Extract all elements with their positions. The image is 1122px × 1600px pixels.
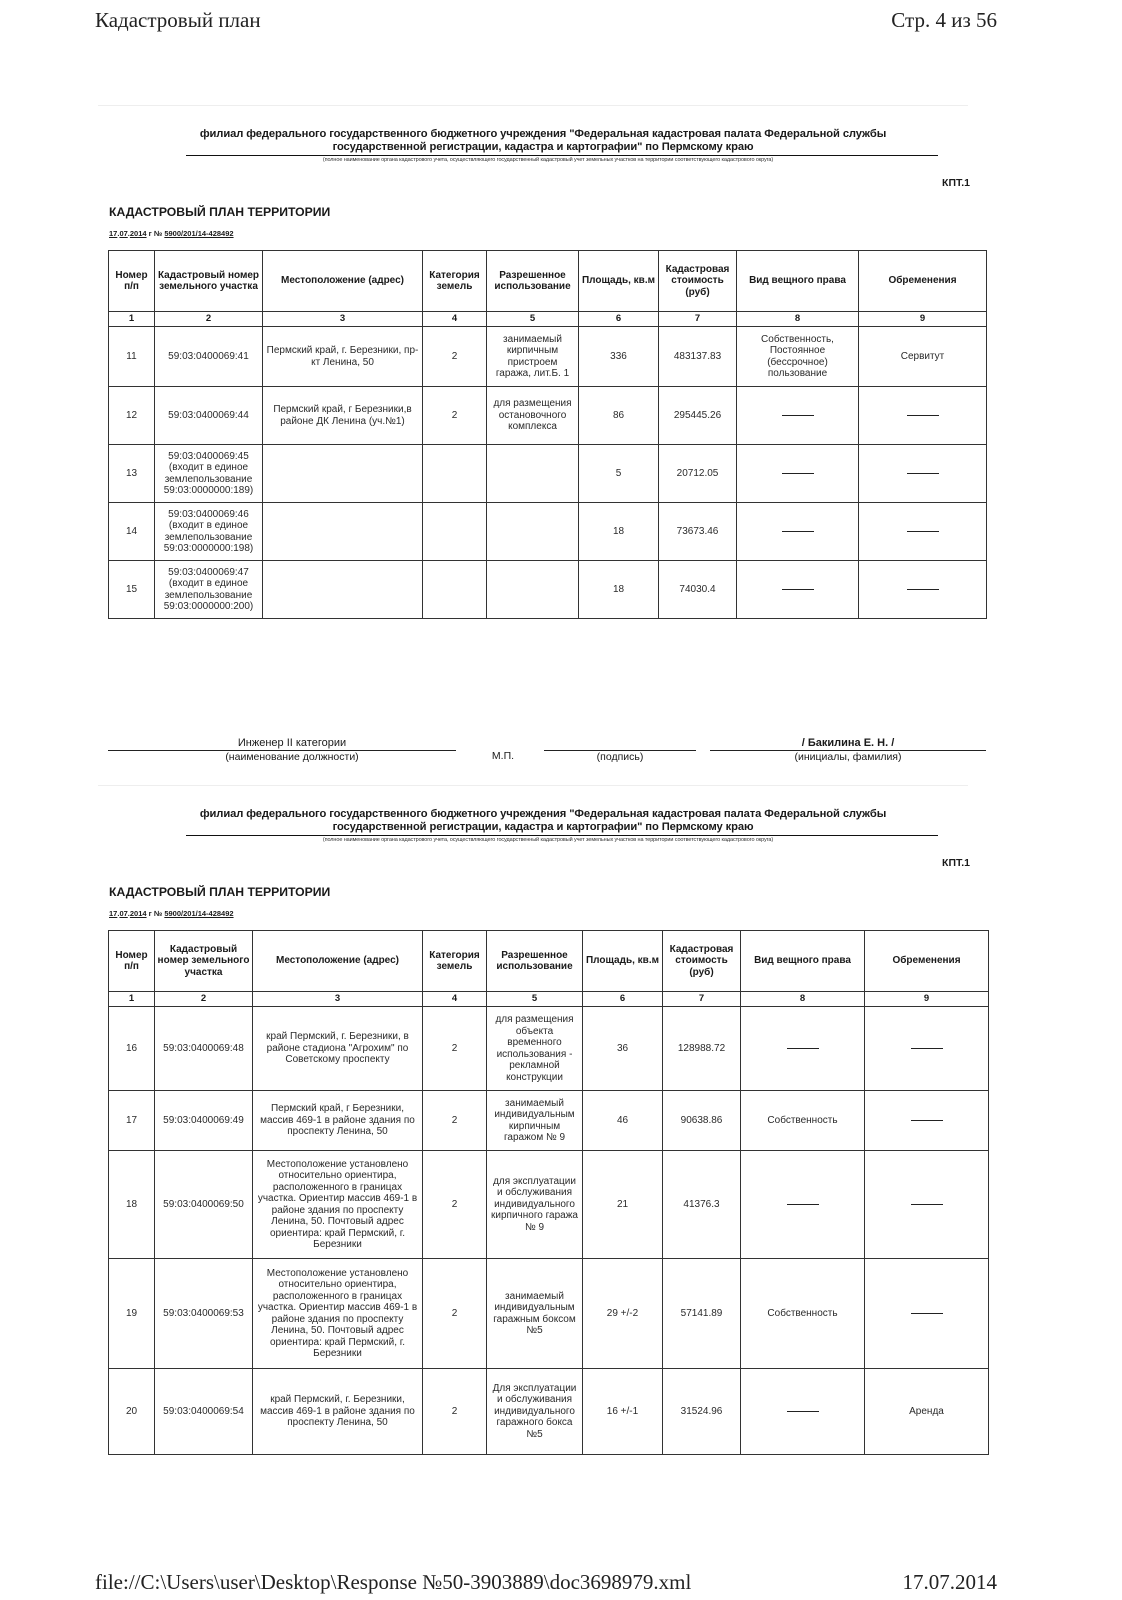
cadastral-cost: 90638.86: [663, 1091, 741, 1151]
row-number: 12: [109, 387, 155, 445]
row-number: 15: [109, 561, 155, 619]
address: [263, 445, 423, 503]
column-number: 7: [663, 992, 741, 1007]
page-counter: Стр. 4 из 56: [891, 8, 997, 33]
land-category: [423, 503, 487, 561]
cadastral-number: 59:03:0400069:53: [155, 1259, 253, 1369]
cadastral-cost: 483137.83: [659, 327, 737, 387]
empty-dash: [787, 1204, 819, 1205]
address: край Пермский, г. Березники, в районе ст…: [253, 1007, 423, 1091]
cadastral-cost: 74030.4: [659, 561, 737, 619]
name-caption: (инициалы, фамилия): [710, 751, 986, 764]
print-header: Кадастровый план Стр. 4 из 56: [95, 8, 997, 33]
property-right: [741, 1007, 865, 1091]
table-row: 1859:03:0400069:50Местоположение установ…: [109, 1151, 989, 1259]
land-category: 2: [423, 1091, 487, 1151]
table-row: 1459:03:0400069:46 (входит в единое земл…: [109, 503, 987, 561]
permitted-use: [487, 445, 579, 503]
column-number: 1: [109, 992, 155, 1007]
permitted-use: занимаемый индивидуальным гаражным боксо…: [487, 1259, 583, 1369]
cadastral-number: 59:03:0400069:50: [155, 1151, 253, 1259]
reg-prefix: г №: [149, 909, 163, 918]
cadastral-cost: 41376.3: [663, 1151, 741, 1259]
org-line-1: филиал федерального государственного бюд…: [148, 128, 938, 141]
empty-dash: [911, 1120, 943, 1121]
land-category: [423, 445, 487, 503]
column-header: Обременения: [859, 251, 987, 312]
date-day: 17: [109, 909, 117, 918]
registration-line: 17.07.2014 г № 5900/201/14-428492: [109, 229, 968, 238]
divider: [186, 155, 938, 156]
area: 336: [579, 327, 659, 387]
row-number: 20: [109, 1369, 155, 1455]
permitted-use: для размещения остановочного комплекса: [487, 387, 579, 445]
position-caption: (наименование должности): [108, 751, 456, 764]
address: Пермский край, г. Березники, пр-кт Ленин…: [263, 327, 423, 387]
cadastral-number: 59:03:0400069:45 (входит в единое землеп…: [155, 445, 263, 503]
property-right: [741, 1369, 865, 1455]
empty-dash: [787, 1048, 819, 1049]
column-header: Кадастровая стоимость (руб): [663, 931, 741, 992]
reg-number: 5900/201/14-428492: [164, 909, 233, 918]
table-row: 1759:03:0400069:49Пермский край, г Берез…: [109, 1091, 989, 1151]
org-line-2: государственной регистрации, кадастра и …: [148, 141, 938, 154]
column-number: 6: [579, 312, 659, 327]
column-header: Категория земель: [423, 931, 487, 992]
cadastral-number: 59:03:0400069:46 (входит в единое землеп…: [155, 503, 263, 561]
empty-dash: [907, 589, 939, 590]
column-header: Разрешенное использование: [487, 251, 579, 312]
column-header: Вид вещного права: [737, 251, 859, 312]
area: 16 +/-1: [583, 1369, 663, 1455]
area: 29 +/-2: [583, 1259, 663, 1369]
encumbrance: Аренда: [865, 1369, 989, 1455]
row-number: 14: [109, 503, 155, 561]
land-category: [423, 561, 487, 619]
cadastral-number: 59:03:0400069:47 (входит в единое землеп…: [155, 561, 263, 619]
org-line-2: государственной регистрации, кадастра и …: [148, 821, 938, 834]
land-category: 2: [423, 1259, 487, 1369]
column-number-row: 123456789: [109, 312, 987, 327]
row-number: 18: [109, 1151, 155, 1259]
cadastral-number: 59:03:0400069:44: [155, 387, 263, 445]
reg-prefix: г №: [149, 229, 163, 238]
address: Местоположение установлено относительно …: [253, 1259, 423, 1369]
column-number: 8: [737, 312, 859, 327]
column-number: 4: [423, 992, 487, 1007]
property-right: [737, 445, 859, 503]
area: 46: [583, 1091, 663, 1151]
empty-dash: [911, 1204, 943, 1205]
print-date: 17.07.2014: [903, 1570, 998, 1595]
row-number: 16: [109, 1007, 155, 1091]
land-category: 2: [423, 1369, 487, 1455]
reg-number: 5900/201/14-428492: [164, 229, 233, 238]
cadastral-number: 59:03:0400069:48: [155, 1007, 253, 1091]
cadastral-cost: 57141.89: [663, 1259, 741, 1369]
encumbrance: [865, 1091, 989, 1151]
parcels-table-1: Номер п/пКадастровый номер земельного уч…: [108, 250, 987, 619]
encumbrance: [859, 387, 987, 445]
column-header: Разрешенное использование: [487, 931, 583, 992]
document-sheet-2: филиал федерального государственного бюд…: [98, 785, 968, 1476]
column-number: 7: [659, 312, 737, 327]
signature-field: [544, 736, 696, 751]
area: 5: [579, 445, 659, 503]
area: 86: [579, 387, 659, 445]
column-header: Кадастровая стоимость (руб): [659, 251, 737, 312]
address: Пермский край, г Березники,в районе ДК Л…: [263, 387, 423, 445]
encumbrance: Сервитут: [859, 327, 987, 387]
table-row: 1959:03:0400069:53Местоположение установ…: [109, 1259, 989, 1369]
table-row: 1559:03:0400069:47 (входит в единое земл…: [109, 561, 987, 619]
area: 36: [583, 1007, 663, 1091]
land-category: 2: [423, 1007, 487, 1091]
column-header: Площадь, кв.м: [579, 251, 659, 312]
header-row: Номер п/пКадастровый номер земельного уч…: [109, 931, 989, 992]
cadastral-number: 59:03:0400069:49: [155, 1091, 253, 1151]
print-header-title: Кадастровый план: [95, 8, 261, 33]
date-month: 07: [119, 229, 127, 238]
organization-name: филиал федерального государственного бюд…: [148, 808, 938, 834]
form-code: КПТ.1: [98, 177, 970, 189]
address: Пермский край, г Березники, массив 469-1…: [253, 1091, 423, 1151]
empty-dash: [911, 1313, 943, 1314]
column-number: 1: [109, 312, 155, 327]
permitted-use: Для эксплуатации и обслуживания индивиду…: [487, 1369, 583, 1455]
address: Местоположение установлено относительно …: [253, 1151, 423, 1259]
column-header: Кадастровый номер земельного участка: [155, 931, 253, 992]
print-footer: file://C:\Users\user\Desktop\Response №5…: [95, 1570, 997, 1595]
signature-caption: (подпись): [544, 751, 696, 764]
divider: [186, 835, 938, 836]
registration-line: 17.07.2014 г № 5900/201/14-428492: [109, 909, 968, 918]
column-header: Кадастровый номер земельного участка: [155, 251, 263, 312]
encumbrance: [865, 1151, 989, 1259]
permitted-use: для размещения объекта временного исполь…: [487, 1007, 583, 1091]
empty-dash: [782, 415, 814, 416]
property-right: Собственность: [741, 1259, 865, 1369]
file-path: file://C:\Users\user\Desktop\Response №5…: [95, 1570, 691, 1595]
area: 18: [579, 503, 659, 561]
permitted-use: [487, 561, 579, 619]
property-right: [737, 503, 859, 561]
column-header: Вид вещного права: [741, 931, 865, 992]
document-title: КАДАСТРОВЫЙ ПЛАН ТЕРРИТОРИИ: [109, 205, 968, 219]
form-code: КПТ.1: [98, 857, 970, 869]
address: [263, 561, 423, 619]
signature-block: Инженер II категории (наименование должн…: [108, 736, 988, 776]
column-header: Номер п/п: [109, 251, 155, 312]
permitted-use: для эксплуатации и обслуживания индивиду…: [487, 1151, 583, 1259]
column-number: 9: [859, 312, 987, 327]
cadastral-cost: 31524.96: [663, 1369, 741, 1455]
column-number: 5: [487, 992, 583, 1007]
column-number: 9: [865, 992, 989, 1007]
area: 21: [583, 1151, 663, 1259]
column-number: 8: [741, 992, 865, 1007]
organization-name: филиал федерального государственного бюд…: [148, 128, 938, 154]
area: 18: [579, 561, 659, 619]
permitted-use: [487, 503, 579, 561]
column-number: 3: [253, 992, 423, 1007]
header-row: Номер п/пКадастровый номер земельного уч…: [109, 251, 987, 312]
empty-dash: [907, 473, 939, 474]
property-right: [741, 1151, 865, 1259]
table-row: 2059:03:0400069:54край Пермский, г. Бере…: [109, 1369, 989, 1455]
org-caption: (полное наименование органа кадастрового…: [158, 157, 938, 163]
org-line-1: филиал федерального государственного бюд…: [148, 808, 938, 821]
date-month: 07: [119, 909, 127, 918]
empty-dash: [787, 1411, 819, 1412]
empty-dash: [907, 531, 939, 532]
row-number: 19: [109, 1259, 155, 1369]
org-caption: (полное наименование органа кадастрового…: [158, 837, 938, 843]
empty-dash: [782, 531, 814, 532]
encumbrance: [865, 1259, 989, 1369]
row-number: 11: [109, 327, 155, 387]
table-row: 1259:03:0400069:44Пермский край, г Берез…: [109, 387, 987, 445]
column-number: 2: [155, 992, 253, 1007]
column-header: Номер п/п: [109, 931, 155, 992]
encumbrance: [859, 445, 987, 503]
column-number: 4: [423, 312, 487, 327]
empty-dash: [782, 589, 814, 590]
column-header: Категория земель: [423, 251, 487, 312]
land-category: 2: [423, 387, 487, 445]
date-day: 17: [109, 229, 117, 238]
encumbrance: [865, 1007, 989, 1091]
encumbrance: [859, 503, 987, 561]
table-row: 1359:03:0400069:45 (входит в единое земл…: [109, 445, 987, 503]
date-year: 2014: [130, 909, 147, 918]
address: край Пермский, г. Березники, массив 469-…: [253, 1369, 423, 1455]
address: [263, 503, 423, 561]
stamp-label: М.П.: [468, 750, 538, 763]
parcels-table-2: Номер п/пКадастровый номер земельного уч…: [108, 930, 989, 1455]
empty-dash: [911, 1048, 943, 1049]
land-category: 2: [423, 1151, 487, 1259]
table-row: 1659:03:0400069:48край Пермский, г. Бере…: [109, 1007, 989, 1091]
property-right: [737, 387, 859, 445]
column-number: 3: [263, 312, 423, 327]
property-right: Собственность, Постоянное (бессрочное) п…: [737, 327, 859, 387]
column-number: 6: [583, 992, 663, 1007]
column-number: 5: [487, 312, 579, 327]
cadastral-cost: 295445.26: [659, 387, 737, 445]
property-right: Собственность: [741, 1091, 865, 1151]
position-field: Инженер II категории: [108, 736, 456, 751]
column-number-row: 123456789: [109, 992, 989, 1007]
column-header: Площадь, кв.м: [583, 931, 663, 992]
column-header: Местоположение (адрес): [253, 931, 423, 992]
column-number: 2: [155, 312, 263, 327]
cadastral-cost: 20712.05: [659, 445, 737, 503]
cadastral-number: 59:03:0400069:41: [155, 327, 263, 387]
cadastral-number: 59:03:0400069:54: [155, 1369, 253, 1455]
row-number: 13: [109, 445, 155, 503]
empty-dash: [782, 473, 814, 474]
name-field: / Бакилина Е. Н. /: [710, 736, 986, 751]
column-header: Обременения: [865, 931, 989, 992]
encumbrance: [859, 561, 987, 619]
table-row: 1159:03:0400069:41Пермский край, г. Бере…: [109, 327, 987, 387]
row-number: 17: [109, 1091, 155, 1151]
empty-dash: [907, 415, 939, 416]
cadastral-cost: 128988.72: [663, 1007, 741, 1091]
document-sheet-1: филиал федерального государственного бюд…: [98, 105, 968, 771]
cadastral-cost: 73673.46: [659, 503, 737, 561]
land-category: 2: [423, 327, 487, 387]
document-title: КАДАСТРОВЫЙ ПЛАН ТЕРРИТОРИИ: [109, 885, 968, 899]
permitted-use: занимаемый индивидуальным кирпичным гара…: [487, 1091, 583, 1151]
permitted-use: занимаемый кирпичным пристроем гаража, л…: [487, 327, 579, 387]
property-right: [737, 561, 859, 619]
column-header: Местоположение (адрес): [263, 251, 423, 312]
date-year: 2014: [130, 229, 147, 238]
